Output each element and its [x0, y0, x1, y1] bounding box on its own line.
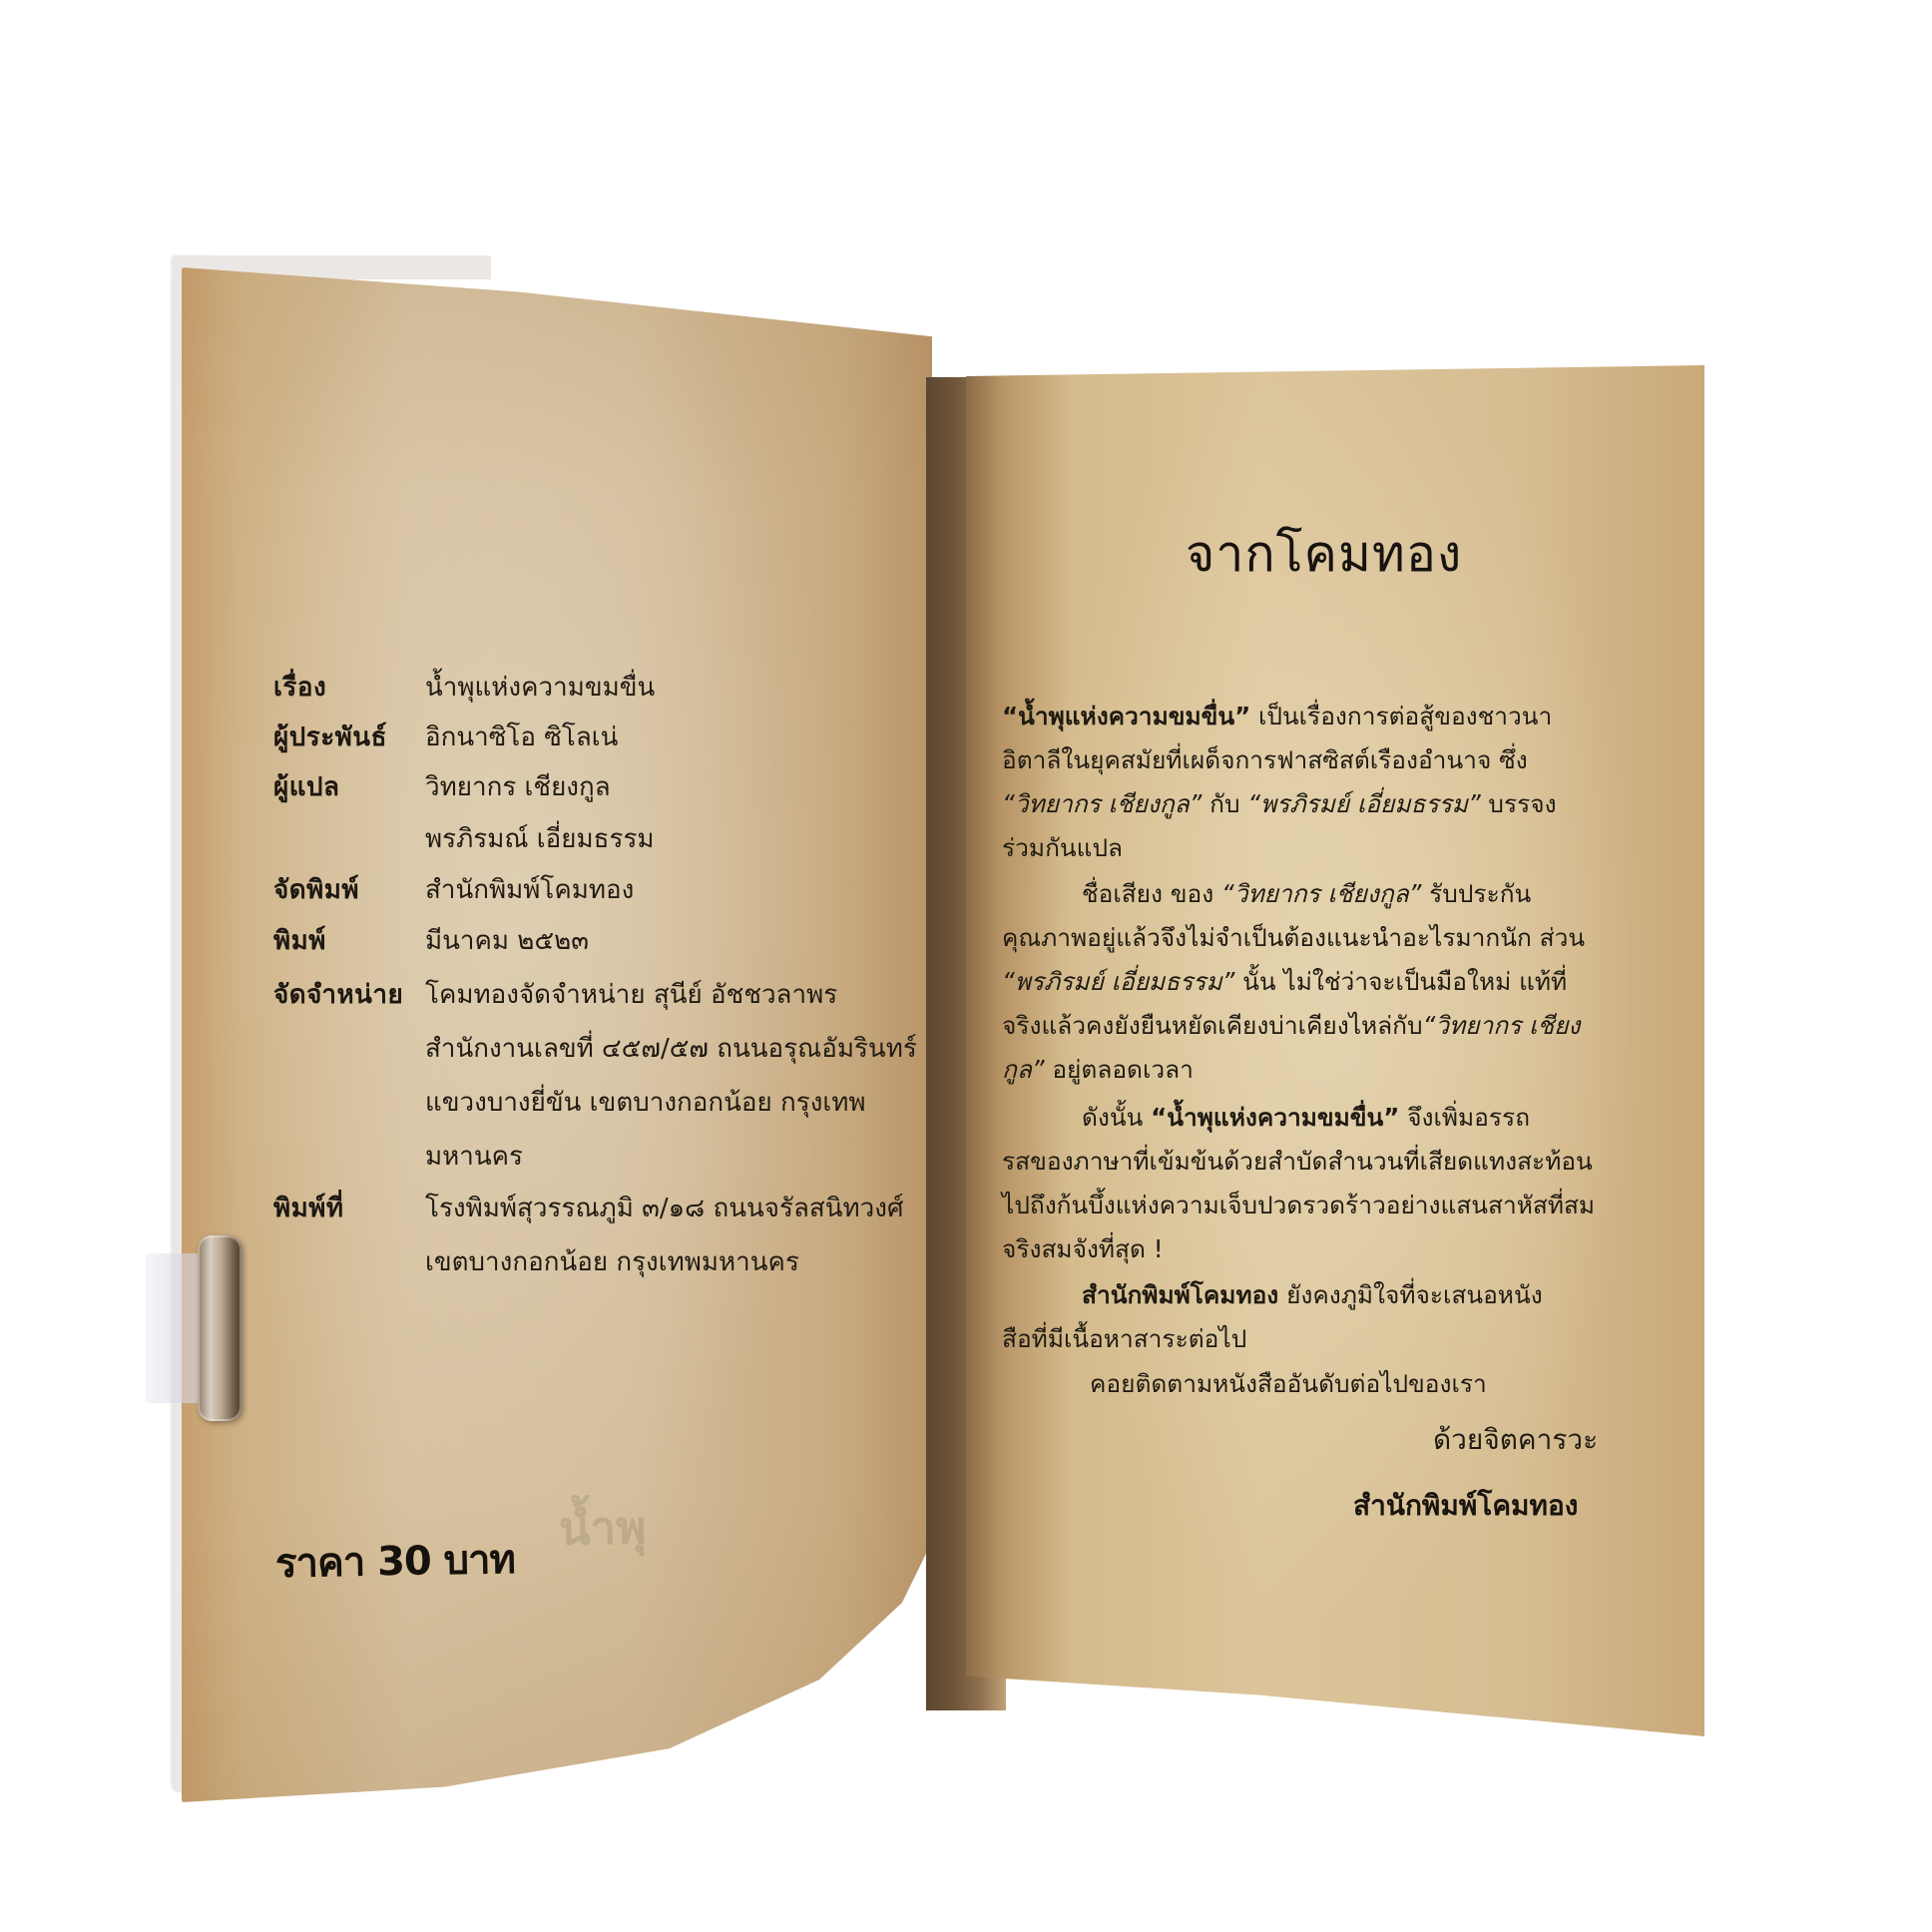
- paragraph-line: “พรภิรมย์ เอี่ยมธรรม” นั้น ไม่ใช่ว่าจะเป…: [1002, 962, 1567, 1001]
- credit-label: ผู้แปล: [273, 766, 339, 807]
- paragraph-line: กูล” อยู่ตลอดเวลา: [1002, 1050, 1194, 1089]
- text-segment: บรรจง: [1481, 789, 1557, 818]
- closing-salutation: ด้วยจิตคารวะ: [1433, 1418, 1598, 1462]
- text-segment: จริงสมจังที่สุด !: [1002, 1234, 1164, 1263]
- paragraph-line: ร่วมกันแปล: [1002, 828, 1123, 867]
- text-segment: รับประกัน: [1421, 879, 1531, 908]
- text-segment: สือที่มีเนื้อหาสาระต่อไป: [1002, 1324, 1246, 1353]
- paragraph-line: จริงสมจังที่สุด !: [1002, 1229, 1164, 1268]
- plastic-clip: [146, 1235, 245, 1421]
- text-segment: “น้ำพุแห่งความขมขื่น”: [1002, 702, 1250, 730]
- credit-value: สำนักพิมพ์โคมทอง: [425, 869, 634, 910]
- credit-value: โคมทองจัดจำหน่าย สุนีย์ อัชชวลาพร: [425, 974, 837, 1015]
- paragraph-line: คุณภาพอยู่แล้วจึงไม่จำเป็นต้องแนะนำอะไรม…: [1002, 918, 1585, 957]
- text-segment: กับ: [1202, 789, 1247, 818]
- text-segment: “น้ำพุแห่งความขมขื่น”: [1151, 1103, 1399, 1132]
- credit-value: แขวงบางยี่ขัน เขตบางกอกน้อย กรุงเทพ: [425, 1082, 866, 1123]
- text-segment: ดังนั้น: [1082, 1103, 1151, 1132]
- paragraph-line: “วิทยากร เชียงกูล” กับ “พรภิรมย์ เอี่ยมธ…: [1002, 784, 1557, 823]
- text-segment: จึงเพิ่มอรรถ: [1399, 1103, 1530, 1132]
- paragraph-line: ชื่อเสียง ของ “วิทยากร เชียงกูล” รับประก…: [1002, 874, 1531, 913]
- credit-value: มหานคร: [425, 1136, 523, 1177]
- credit-value: เขตบางกอกน้อย กรุงเทพมหานคร: [425, 1241, 799, 1282]
- credit-label: เรื่อง: [273, 667, 326, 708]
- credit-value: สำนักงานเลขที่ ๔๕๗/๕๗ ถนนอรุณอัมรินทร์: [425, 1028, 917, 1069]
- paragraph-line: อิตาลีในยุคสมัยที่เผด็จการฟาสซิสต์เรืองอ…: [1002, 740, 1528, 779]
- clip-front: [198, 1235, 241, 1421]
- bleed-through-text: น้ำพุ: [558, 1491, 647, 1566]
- text-segment: “วิทยากร เชียงกูล”: [1221, 879, 1421, 908]
- credit-label: ผู้ประพันธ์: [273, 717, 387, 757]
- paragraph-line: ไปถึงก้นบึ้งแห่งความเจ็บปวดรวดร้าวอย่างแ…: [1002, 1186, 1595, 1224]
- paragraph-line: รสของภาษาที่เข้มข้นด้วยสำบัดสำนวนที่เสีย…: [1002, 1142, 1593, 1181]
- credit-value: น้ำพุแห่งความขมขื่น: [425, 667, 655, 708]
- text-segment: รสของภาษาที่เข้มข้นด้วยสำบัดสำนวนที่เสีย…: [1002, 1147, 1593, 1176]
- text-segment: กูล”: [1002, 1055, 1045, 1084]
- closing-line: คอยติดตามหนังสืออันดับต่อไปของเรา: [1090, 1364, 1487, 1403]
- text-segment: ชื่อเสียง ของ: [1082, 879, 1221, 908]
- text-segment: “พรภิรมย์ เอี่ยมธรรม”: [1247, 789, 1480, 818]
- paragraph-line: สือที่มีเนื้อหาสาระต่อไป: [1002, 1319, 1246, 1358]
- text-segment: ไปถึงก้นบึ้งแห่งความเจ็บปวดรวดร้าวอย่างแ…: [1002, 1191, 1595, 1219]
- paragraph-line: สำนักพิมพ์โคมทอง ยังคงภูมิใจที่จะเสนอหนั…: [1002, 1275, 1543, 1314]
- text-segment: ร่วมกันแปล: [1002, 833, 1123, 862]
- credit-value: พรภิรมณ์ เอี่ยมธรรม: [425, 818, 655, 859]
- text-segment: อิตาลีในยุคสมัยที่เผด็จการฟาสซิสต์เรืองอ…: [1002, 745, 1528, 774]
- credit-value: โรงพิมพ์สุวรรณภูมิ ๓/๑๘ ถนนจรัลสนิทวงศ์: [425, 1188, 903, 1228]
- credit-label: จัดพิมพ์: [273, 869, 359, 910]
- credit-value: วิทยากร เชียงกูล: [425, 766, 611, 807]
- text-segment: นั้น ไม่ใช่ว่าจะเป็นมือใหม่ แท้ที่: [1234, 967, 1567, 996]
- credit-label: พิมพ์: [273, 920, 326, 961]
- credit-label: พิมพ์ที่: [273, 1188, 344, 1228]
- closing-signature: สำนักพิมพ์โคมทอง: [1353, 1484, 1578, 1528]
- open-book: เรื่อง น้ำพุแห่งความขมขื่น ผู้ประพันธ์ อ…: [0, 0, 1932, 1932]
- credit-value: มีนาคม ๒๕๒๓: [425, 920, 589, 961]
- text-segment: “วิทยากร เชียงกูล”: [1002, 789, 1202, 818]
- text-segment: คุณภาพอยู่แล้วจึงไม่จำเป็นต้องแนะนำอะไรม…: [1002, 923, 1585, 952]
- text-segment: ยังคงภูมิใจที่จะเสนอหนัง: [1278, 1280, 1542, 1309]
- price-label: ราคา 30 บาท: [274, 1527, 515, 1595]
- text-segment: “พรภิรมย์ เอี่ยมธรรม”: [1002, 967, 1234, 996]
- page-title: จากโคมทอง: [1186, 515, 1462, 594]
- text-segment: อยู่ตลอดเวลา: [1045, 1055, 1194, 1084]
- paragraph-line: จริงแล้วคงยังยืนหยัดเคียงบ่าเคียงไหล่กับ…: [1002, 1006, 1580, 1045]
- text-segment: เป็นเรื่องการต่อสู้ของชาวนา: [1250, 702, 1552, 730]
- paragraph-line: “น้ำพุแห่งความขมขื่น” เป็นเรื่องการต่อสู…: [1002, 697, 1552, 735]
- text-segment: สำนักพิมพ์โคมทอง: [1082, 1280, 1278, 1309]
- credit-value: อิกนาซิโอ ซิโลเน่: [425, 717, 618, 757]
- text-segment: จริงแล้วคงยังยืนหยัดเคียงบ่าเคียงไหล่กับ: [1002, 1011, 1423, 1040]
- credit-label: จัดจำหน่าย: [273, 974, 403, 1015]
- text-segment: “วิทยากร เชียง: [1423, 1011, 1581, 1040]
- paragraph-line: ดังนั้น “น้ำพุแห่งความขมขื่น” จึงเพิ่มอร…: [1002, 1098, 1530, 1137]
